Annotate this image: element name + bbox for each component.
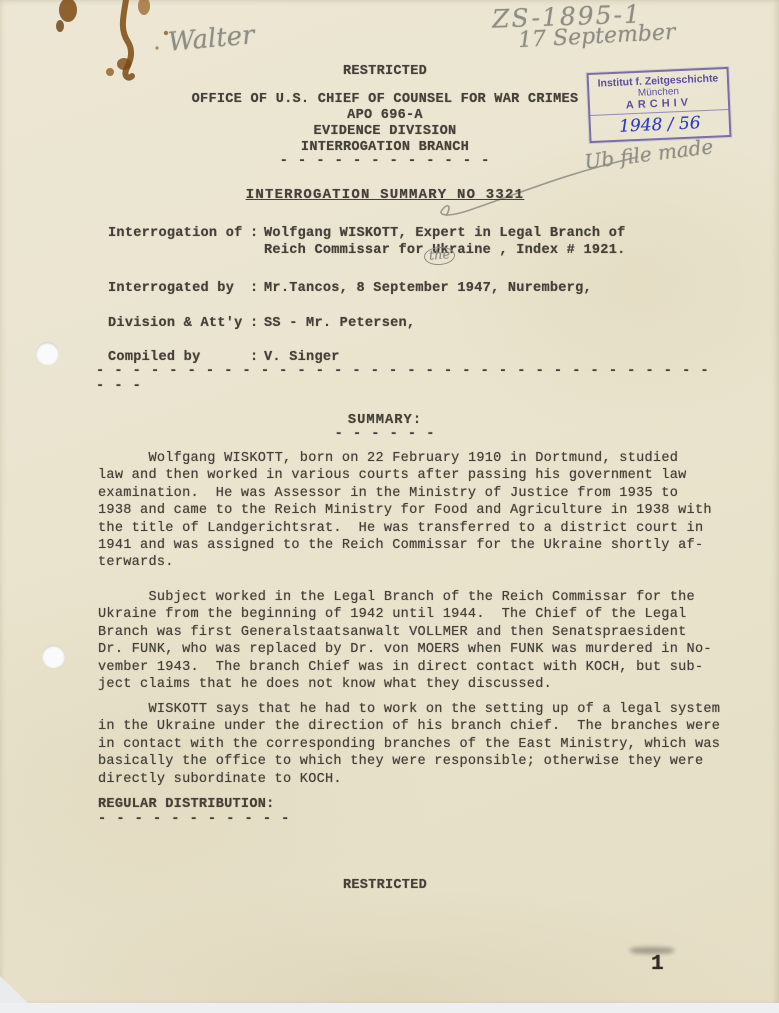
division-line: EVIDENCE DIVISION bbox=[85, 124, 685, 140]
apo-line: APO 696-A bbox=[85, 108, 685, 124]
field-separator: : bbox=[250, 225, 264, 259]
summary-heading: SUMMARY: bbox=[85, 413, 685, 428]
field-label: Division & Att'y bbox=[108, 315, 250, 332]
field-separator: : bbox=[250, 280, 264, 297]
scanned-document: Walter ZS-1895-1 17 September Ub file ma… bbox=[0, 0, 779, 1013]
distribution-dashes: - - - - - - - - - - - bbox=[98, 812, 290, 827]
field-row-interrogated-by: Interrogated by:Mr.Tancos, 8 September 1… bbox=[108, 280, 728, 297]
summary-paragraph: WISKOTT says that he had to work on the … bbox=[98, 701, 728, 788]
field-row-interrogation-of: Interrogation of:Wolfgang WISKOTT, Exper… bbox=[108, 225, 728, 259]
field-separator: : bbox=[250, 315, 264, 332]
field-value: SS - Mr. Petersen, bbox=[264, 315, 415, 332]
doc-title: INTERROGATION SUMMARY NO 3321 bbox=[85, 187, 685, 203]
field-label: Interrogated by bbox=[108, 280, 250, 297]
office-line: OFFICE OF U.S. CHIEF OF COUNSEL FOR WAR … bbox=[85, 92, 685, 108]
summary-paragraph: Wolfgang WISKOTT, born on 22 February 19… bbox=[98, 450, 728, 572]
classification-header: RESTRICTED bbox=[85, 64, 685, 80]
punch-hole bbox=[42, 645, 65, 668]
punch-hole bbox=[36, 342, 59, 365]
field-row-division-attorney: Division & Att'y:SS - Mr. Petersen, bbox=[108, 315, 728, 332]
field-label: Interrogation of bbox=[108, 225, 250, 259]
field-value: Mr.Tancos, 8 September 1947, Nuremberg, bbox=[264, 280, 592, 297]
page-number: 1 bbox=[651, 953, 664, 976]
classification-footer: RESTRICTED bbox=[85, 878, 685, 894]
section-separator: - - - - - - - - - - - - - - - - - - - - … bbox=[96, 364, 711, 394]
header-dashes: - - - - - - - - - - - - bbox=[85, 154, 685, 169]
summary-dashes: - - - - - - bbox=[85, 427, 685, 442]
summary-paragraph: Subject worked in the Legal Branch of th… bbox=[98, 589, 728, 693]
distribution-heading: REGULAR DISTRIBUTION: bbox=[98, 797, 275, 812]
scan-background bbox=[0, 1003, 779, 1013]
